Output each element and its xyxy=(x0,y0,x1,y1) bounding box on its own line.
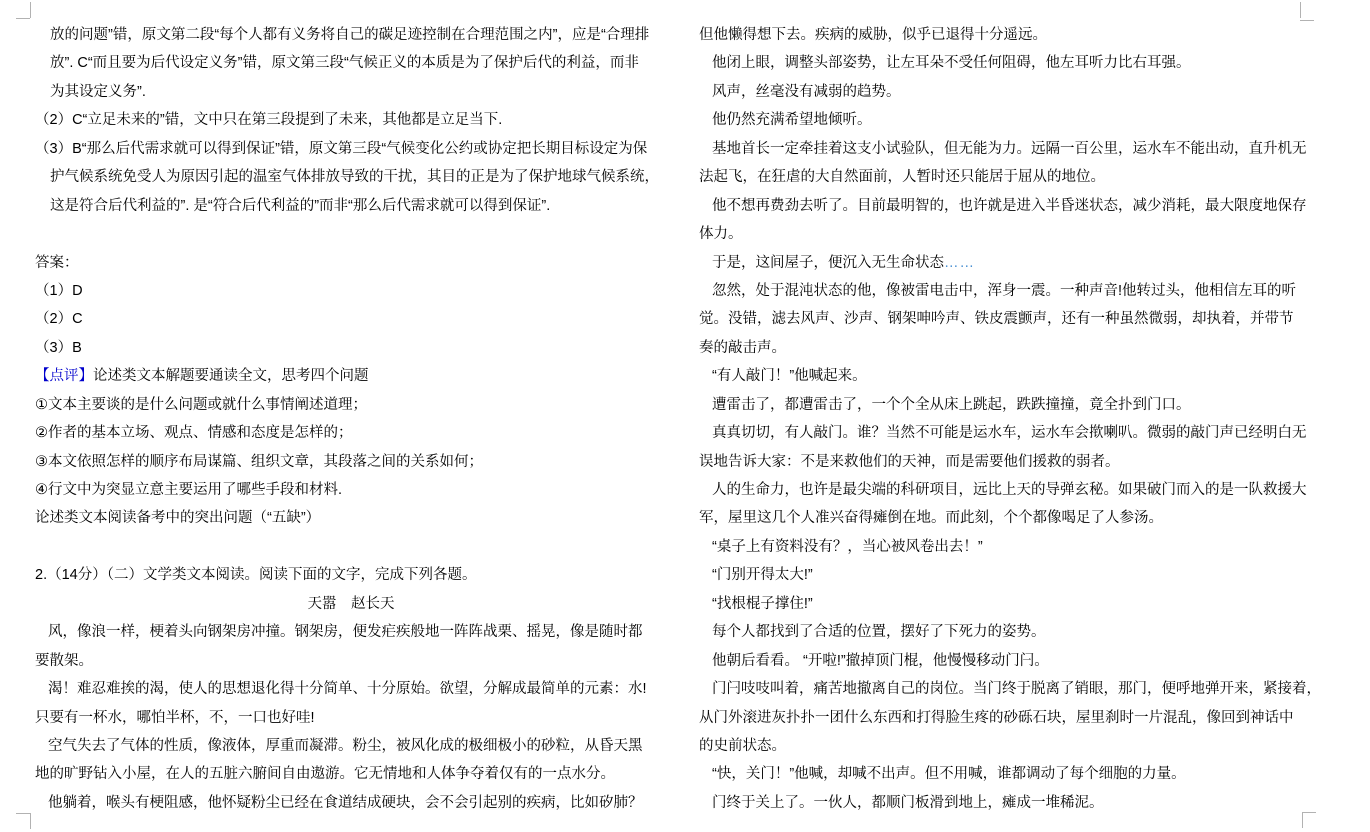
text-line: 奏的敲击声。 xyxy=(699,334,1317,362)
text-line: 人的生命力，也许是最尖端的科研项目，远比上天的导弹玄秘。如果破门而入的是一队救援… xyxy=(699,476,1317,504)
question-2-heading: 2.（14分）（二）文学类文本阅读。阅读下面的文字，完成下列各题。 xyxy=(35,561,667,589)
left-column: 放的问题”错，原文第二段“每个人都有义务将自己的碳足迹控制在合理范围之内”，应是… xyxy=(35,21,667,817)
answer-item: （3）B xyxy=(35,334,667,362)
dialogue-line: “门别开得太大!” xyxy=(699,561,1317,589)
text-line: 他躺着，喉头有梗阻感，他怀疑粉尘已经在食道结成硬块，会不会引起别的疾病，比如矽肺… xyxy=(35,789,667,817)
text-line: 于是，这间屋子，便沉入无生命状态…… xyxy=(699,249,1317,277)
text-line: 为其设定义务”. xyxy=(35,78,667,106)
commentary-line: 【点评】论述类文本解题要通读全文，思考四个问题 xyxy=(35,362,667,390)
document-page: 放的问题”错，原文第二段“每个人都有义务将自己的碳足迹控制在合理范围之内”，应是… xyxy=(0,0,1370,832)
text-line: ②作者的基本立场、观点、情感和态度是怎样的； xyxy=(35,419,667,447)
text-line: 风声，丝毫没有减弱的趋势。 xyxy=(699,78,1317,106)
text-line: 渴！难忍难挨的渴，使人的思想退化得十分简单、十分原始。欲望，分解成最简单的元素：… xyxy=(35,675,667,703)
text-line: 军，屋里这几个人准兴奋得瘫倒在地。而此刻，个个都像喝足了人参汤。 xyxy=(699,504,1317,532)
text-line: （2）C“立足未来的”错，文中只在第三段提到了未来，其他都是立足当下. xyxy=(35,106,667,134)
dialogue-line: “快，关门！”他喊，却喊不出声。但不用喊，谁都调动了每个细胞的力量。 xyxy=(699,760,1317,788)
answer-item: （1）D xyxy=(35,277,667,305)
text-line: 每个人都找到了合适的位置，摆好了下死力的姿势。 xyxy=(699,618,1317,646)
text-line: 忽然，处于混沌状态的他，像被雷电击中，浑身一震。一种声音!他转过头，他相信左耳的… xyxy=(699,277,1317,305)
answer-item: （2）C xyxy=(35,305,667,333)
text-line: 从门外滚进灰扑扑一团什么东西和打得脸生疼的砂砾石块，屋里刹时一片混乱，像回到神话… xyxy=(699,704,1317,732)
text-line: 门终于关上了。一伙人，都顺门板滑到地上，瘫成一堆稀泥。 xyxy=(699,789,1317,817)
text-line: 他闭上眼，调整头部姿势，让左耳朵不受任何阻碍，他左耳听力比右耳强。 xyxy=(699,49,1317,77)
blank-line xyxy=(35,220,667,248)
text-line: 他不想再费劲去听了。目前最明智的，也许就是进入半昏迷状态，减少消耗，最大限度地保… xyxy=(699,192,1317,220)
text-line: 地的旷野钻入小屋，在人的五脏六腑间自由遨游。它无情地和人体争夺着仅有的一点水分。 xyxy=(35,760,667,788)
text-line: 论述类文本阅读备考中的突出问题（“五缺”） xyxy=(35,504,667,532)
text-line: 法起飞，在狂虐的大自然面前，人暂时还只能居于屈从的地位。 xyxy=(699,163,1317,191)
text-line: ④行文中为突显立意主要运用了哪些手段和材料. xyxy=(35,476,667,504)
text-line: 这是符合后代利益的”. 是“符合后代利益的”而非“那么后代需求就可以得到保证”. xyxy=(35,192,667,220)
answers-heading: 答案： xyxy=(35,249,667,277)
text-line: （3）B“那么后代需求就可以得到保证”错，原文第三段“气候变化公约或协定把长期目… xyxy=(35,135,667,163)
text-line: 他朝后看看。 “开啦!”撤掉顶门棍，他慢慢移动门闩。 xyxy=(699,647,1317,675)
text-line: 空气失去了气体的性质，像液体，厚重而凝滞。粉尘，被风化成的极细极小的砂粒，从昏天… xyxy=(35,732,667,760)
text-line: 门闩吱吱叫着，痛苦地撤离自己的岗位。当门终于脱离了销眼，那门，便呼地弹开来，紧接… xyxy=(699,675,1317,703)
text-segment: 于是，这间屋子，便沉入无生命状态 xyxy=(712,255,944,271)
text-line: 风，像浪一样，梗着头向钢架房冲撞。钢架房，便发疟疾般地一阵阵战栗、摇晃，像是随时… xyxy=(35,618,667,646)
text-line: ①文本主要谈的是什么问题或就什么事情阐述道理； xyxy=(35,391,667,419)
ellipsis-text: …… xyxy=(944,255,975,271)
text-line: 真真切切，有人敲门。谁？当然不可能是运水车，运水车会揿喇叭。微弱的敲门声已经明白… xyxy=(699,419,1317,447)
commentary-label: 【点评】 xyxy=(35,368,93,384)
text-line: 他仍然充满希望地倾听。 xyxy=(699,106,1317,134)
text-line: 放”. C“而且要为后代设定义务”错，原文第三段“气候正义的本质是为了保护后代的… xyxy=(35,49,667,77)
text-line: 只要有一杯水，哪怕半杯，不，一口也好哇! xyxy=(35,704,667,732)
text-line: 觉。没错，滤去风声、沙声、钢架呻吟声、铁皮震颤声，还有一种虽然微弱，却执着，并带… xyxy=(699,305,1317,333)
text-line: ③本文依照怎样的顺序布局谋篇、组织文章，其段落之间的关系如何； xyxy=(35,448,667,476)
text-line: 放的问题”错，原文第二段“每个人都有义务将自己的碳足迹控制在合理范围之内”，应是… xyxy=(35,21,667,49)
right-column: 但他懒得想下去。疾病的威胁，似乎已退得十分遥远。 他闭上眼，调整头部姿势，让左耳… xyxy=(699,21,1317,817)
text-line: 的史前状态。 xyxy=(699,732,1317,760)
text-line: 护气候系统免受人为原因引起的温室气体排放导致的干扰，其目的正是为了保护地球气候系… xyxy=(35,163,667,191)
blank-line xyxy=(35,533,667,561)
text-line: 误地告诉大家：不是来救他们的天神，而是需要他们援救的弱者。 xyxy=(699,448,1317,476)
dialogue-line: “桌子上有资料没有？，当心被风卷出去！” xyxy=(699,533,1317,561)
story-title: 天嚣 赵长天 xyxy=(35,590,667,618)
text-line: 体力。 xyxy=(699,220,1317,248)
text-line: 遭雷击了，都遭雷击了，一个个全从床上跳起，跌跌撞撞，竟全扑到门口。 xyxy=(699,391,1317,419)
text-line: 基地首长一定牵挂着这支小试验队，但无能为力。远隔一百公里，运水车不能出动，直升机… xyxy=(699,135,1317,163)
dialogue-line: “找根棍子撑住!” xyxy=(699,590,1317,618)
text-line: 要散架。 xyxy=(35,647,667,675)
commentary-text: 论述类文本解题要通读全文，思考四个问题 xyxy=(93,368,369,384)
dialogue-line: “有人敲门！”他喊起来。 xyxy=(699,362,1317,390)
text-line: 但他懒得想下去。疾病的威胁，似乎已退得十分遥远。 xyxy=(699,21,1317,49)
